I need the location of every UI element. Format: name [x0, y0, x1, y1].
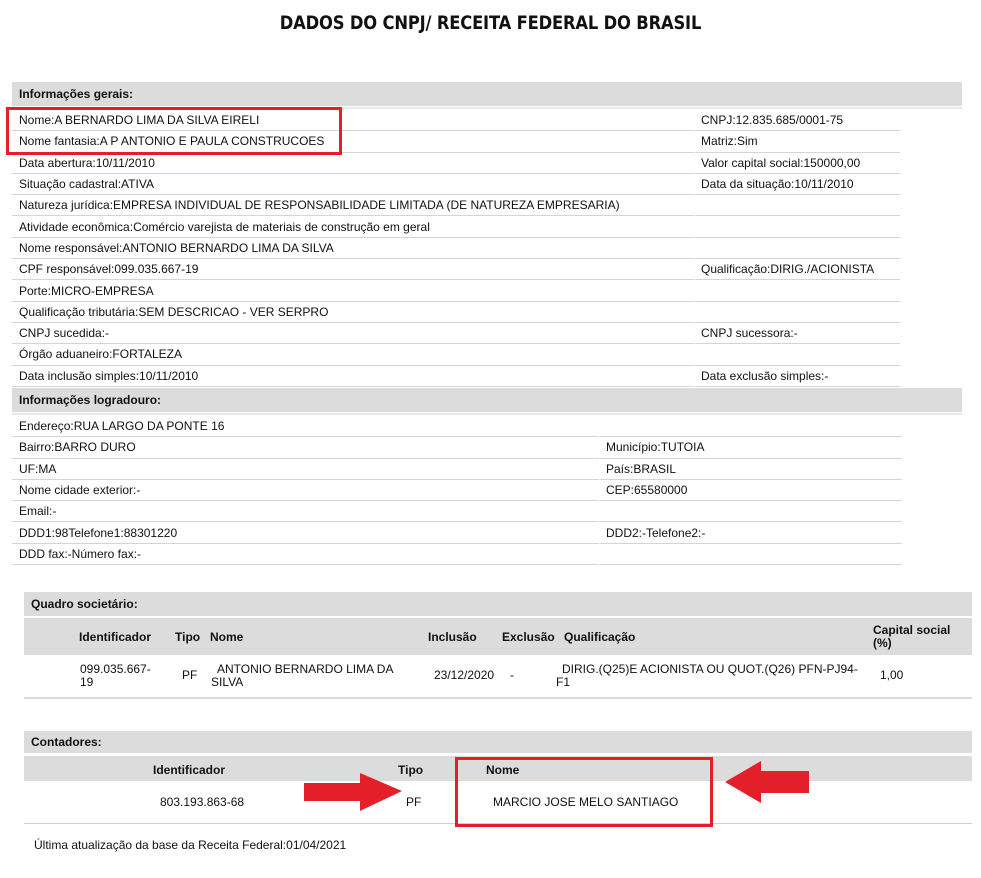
field-left: Natureza jurídica:EMPRESA INDIVIDUAL DE … [19, 198, 620, 212]
field-right: Valor capital social:150000,00 [701, 156, 860, 170]
column-divider [599, 437, 600, 458]
section-header-quadro-societario: Quadro societário: [24, 592, 972, 616]
field-right: Data exclusão simples:- [701, 369, 828, 383]
informacoes-gerais-row: Órgão aduaneiro:FORTALEZA [12, 344, 900, 365]
col-qualificacao: Qualificação [564, 631, 635, 644]
column-divider [694, 366, 695, 387]
column-divider [694, 110, 695, 131]
socio-nome: ANTONIO BERNARDO LIMA DA SILVA [211, 663, 393, 689]
field-left: DDD fax:-Número fax:- [19, 547, 141, 561]
informacoes-logradouro-row: Nome cidade exterior:-CEP:65580000 [12, 480, 902, 501]
field-left: Data inclusão simples:10/11/2010 [19, 369, 198, 383]
field-left: Bairro:BARRO DURO [19, 440, 136, 454]
field-right: Município:TUTOIA [606, 440, 704, 454]
field-left: DDD1:98Telefone1:88301220 [19, 526, 177, 540]
informacoes-gerais-row: Data abertura:10/11/2010Valor capital so… [12, 153, 900, 174]
informacoes-logradouro-row: Endereço:RUA LARGO DA PONTE 16 [12, 416, 902, 437]
field-right: Qualificação:DIRIG./ACIONISTA [701, 262, 874, 276]
column-divider [694, 323, 695, 344]
informacoes-gerais-row: Qualificação tributária:SEM DESCRICAO - … [12, 302, 900, 323]
field-right: Matriz:Sim [701, 134, 758, 148]
field-left: CPF responsável:099.035.667-19 [19, 262, 198, 276]
field-left: Nome cidade exterior:- [19, 483, 140, 497]
field-left: Email:- [19, 504, 56, 518]
field-right: Data da situação:10/11/2010 [701, 177, 854, 191]
section-header-informacoes-logradouro: Informações logradouro: [12, 388, 962, 412]
informacoes-gerais-row: CNPJ sucedida:-CNPJ sucessora:- [12, 323, 900, 344]
last-update-text: Última atualização da base da Receita Fe… [34, 838, 346, 852]
contador-identificador: 803.193.863-68 [160, 796, 244, 809]
col-nome: Nome [210, 631, 243, 644]
informacoes-logradouro-row: UF:MAPaís:BRASIL [12, 459, 902, 480]
section-header-contadores: Contadores: [24, 731, 972, 753]
field-right: País:BRASIL [606, 462, 676, 476]
divider [12, 413, 962, 415]
socio-inclusao: 23/12/2020 [434, 669, 494, 682]
field-right: CEP:65580000 [606, 483, 687, 497]
field-left: Qualificação tributária:SEM DESCRICAO - … [19, 305, 328, 319]
informacoes-gerais-row: Nome responsável:ANTONIO BERNARDO LIMA D… [12, 238, 900, 259]
informacoes-gerais-row: Situação cadastral:ATIVAData da situação… [12, 174, 900, 195]
column-divider [694, 259, 695, 280]
column-divider [599, 544, 600, 565]
col-tipo: Tipo [175, 631, 200, 644]
column-divider [694, 302, 695, 323]
field-right: CNPJ sucessora:- [701, 326, 798, 340]
field-left: Porte:MICRO-EMPRESA [19, 284, 154, 298]
column-divider [694, 216, 695, 237]
field-left: Data abertura:10/11/2010 [19, 156, 155, 170]
col-inclusao: Inclusão [428, 631, 477, 644]
col-exclusao: Exclusão [502, 631, 555, 644]
column-divider [694, 153, 695, 174]
column-divider [599, 459, 600, 480]
field-left: Endereço:RUA LARGO DA PONTE 16 [19, 419, 224, 433]
socio-capital-social: 1,00 [880, 669, 903, 682]
field-left: Atividade econômica:Comércio varejista d… [19, 220, 430, 234]
col-capital-social: Capital social (%) [873, 624, 950, 650]
highlight-box-contador-name [455, 757, 713, 827]
informacoes-logradouro-row: Bairro:BARRO DUROMunicípio:TUTOIA [12, 437, 902, 458]
arrow-right-icon [302, 773, 404, 813]
field-left: UF:MA [19, 462, 56, 476]
informacoes-gerais-row: Atividade econômica:Comércio varejista d… [12, 216, 900, 237]
column-divider [599, 416, 600, 437]
field-left: Órgão aduaneiro:FORTALEZA [19, 347, 182, 361]
field-left: CNPJ sucedida:- [19, 326, 109, 340]
table-row: 099.035.667- 19 PF ANTONIO BERNARDO LIMA… [24, 655, 972, 699]
page-title: DADOS DO CNPJ/ RECEITA FEDERAL DO BRASIL [69, 12, 913, 34]
column-divider [694, 195, 695, 216]
column-divider [694, 280, 695, 301]
arrow-left-icon [725, 761, 811, 805]
informacoes-logradouro-row: DDD fax:-Número fax:- [12, 544, 902, 565]
col-identificador: Identificador [79, 631, 151, 644]
field-right: CNPJ:12.835.685/0001-75 [701, 113, 843, 127]
highlight-box-company-names [6, 107, 342, 155]
informacoes-logradouro-row: Email:- [12, 501, 902, 522]
column-divider [599, 480, 600, 501]
column-divider [694, 344, 695, 365]
col-identificador: Identificador [153, 764, 225, 777]
contador-tipo: PF [406, 796, 421, 809]
informacoes-gerais-row: Natureza jurídica:EMPRESA INDIVIDUAL DE … [12, 195, 900, 216]
field-left: Situação cadastral:ATIVA [19, 177, 154, 191]
field-right: DDD2:-Telefone2:- [606, 526, 705, 540]
socio-qualificacao: DIRIG.(Q25)E ACIONISTA OU QUOT.(Q26) PFN… [556, 663, 858, 689]
informacoes-logradouro-row: DDD1:98Telefone1:88301220DDD2:-Telefone2… [12, 522, 902, 543]
informacoes-gerais-row: CPF responsável:099.035.667-19Qualificaç… [12, 259, 900, 280]
quadro-societario-header-row: Identificador Tipo Nome Inclusão Exclusã… [24, 618, 972, 655]
column-divider [694, 131, 695, 152]
column-divider [599, 522, 600, 543]
socio-exclusao: - [510, 669, 514, 682]
field-left: Nome responsável:ANTONIO BERNARDO LIMA D… [19, 241, 334, 255]
column-divider [599, 501, 600, 522]
socio-identificador: 099.035.667- 19 [80, 663, 151, 689]
column-divider [694, 174, 695, 195]
informacoes-logradouro-table: Endereço:RUA LARGO DA PONTE 16Bairro:BAR… [12, 416, 902, 565]
informacoes-gerais-row: Data inclusão simples:10/11/2010Data exc… [12, 366, 900, 387]
informacoes-gerais-row: Porte:MICRO-EMPRESA [12, 280, 900, 301]
column-divider [694, 238, 695, 259]
socio-tipo: PF [182, 669, 197, 682]
section-header-informacoes-gerais: Informações gerais: [12, 82, 962, 106]
